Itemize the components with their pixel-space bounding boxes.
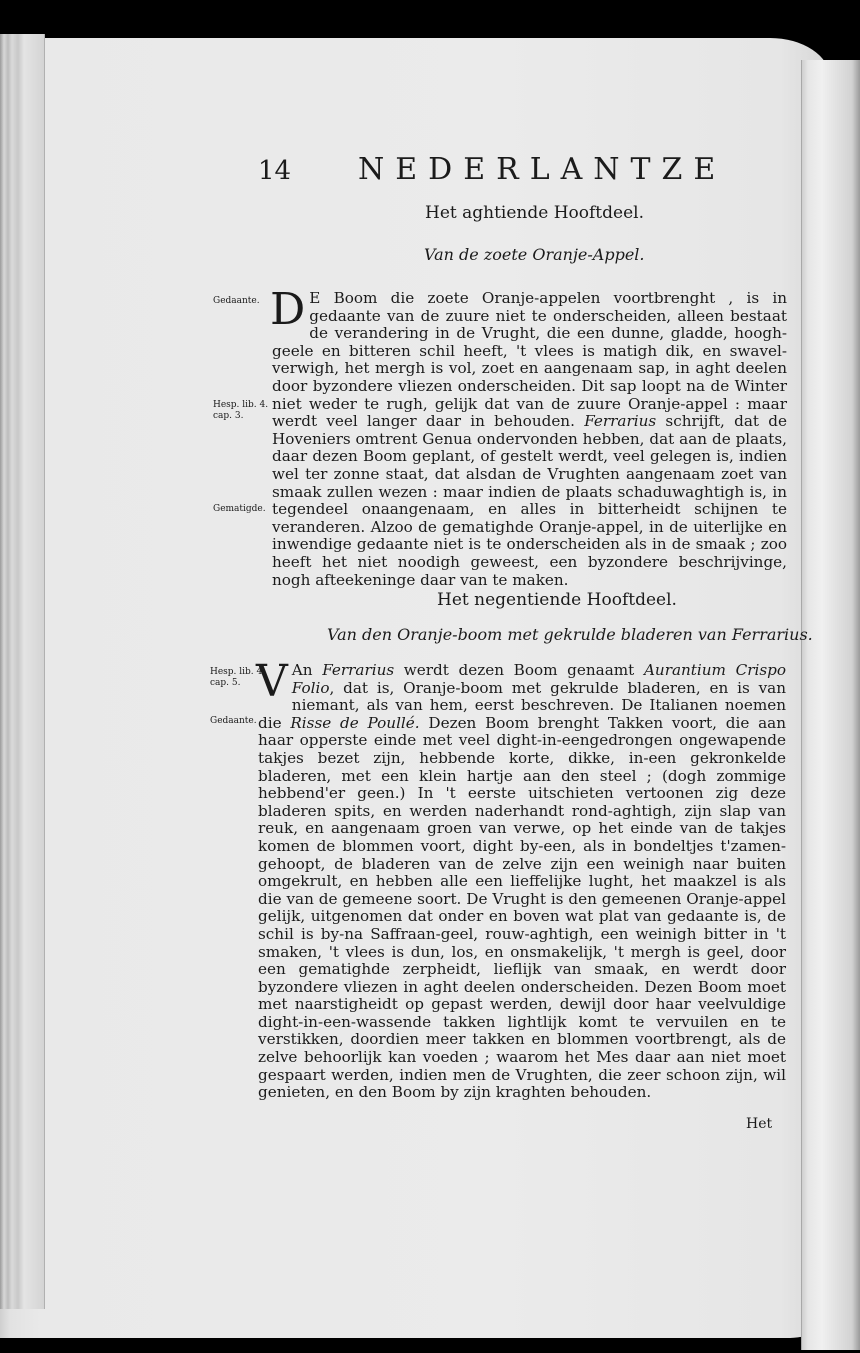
margin-note-gedaante: Gedaante.	[210, 716, 257, 727]
body-text: An	[292, 661, 322, 679]
running-head: 14 NEDERLANTZE	[0, 152, 860, 192]
margin-note-gematigde: Gematigde.	[213, 504, 266, 515]
margin-note-hesp-ref: Hesp. lib. 4.	[213, 400, 268, 411]
chapter-18-subheading: Van de zoete Oranje-Appel.	[424, 245, 644, 264]
chapter-18-body: DE Boom die zoete Oranje-appelen voortbr…	[272, 290, 787, 589]
margin-note-cap-ref: cap. 5.	[210, 678, 240, 689]
chapter-19-subheading: Van den Oranje-boom met gekrulde bladere…	[327, 625, 813, 644]
body-text: schrijft, dat de Hoveniers omtrent Genua…	[272, 412, 787, 588]
page-stack-left-edge	[0, 34, 45, 1309]
author-name: Ferrarius	[584, 412, 656, 430]
margin-note-cap-ref: cap. 3.	[213, 411, 243, 422]
chapter-19-body: VAn Ferrarius werdt dezen Boom genaamt A…	[258, 662, 786, 1102]
body-text: E Boom die zoete Oranje-appelen voortbre…	[272, 289, 787, 430]
chapter-18-heading: Het aghtiende Hooftdeel.	[425, 203, 644, 223]
margin-note-gedaante: Gedaante.	[213, 296, 260, 307]
dropcap-d: D	[270, 292, 305, 328]
page-number: 14	[258, 156, 291, 186]
catchword: Het	[746, 1116, 772, 1132]
running-title: NEDERLANTZE	[358, 152, 726, 187]
body-text: Dezen Boom brenght Takken voort, die aan…	[258, 714, 786, 1101]
page-stack-right-edge	[801, 60, 860, 1350]
body-text: werdt dezen Boom genaamt	[394, 661, 644, 679]
chapter-19-heading: Het negentiende Hooftdeel.	[437, 590, 677, 610]
italian-name: Risse de Poullé.	[290, 714, 419, 732]
dropcap-v: V	[256, 664, 288, 700]
chapter-18-paragraph: DE Boom die zoete Oranje-appelen voortbr…	[272, 290, 787, 589]
author-name: Ferrarius	[322, 661, 394, 679]
chapter-19-paragraph: VAn Ferrarius werdt dezen Boom genaamt A…	[258, 662, 786, 1102]
